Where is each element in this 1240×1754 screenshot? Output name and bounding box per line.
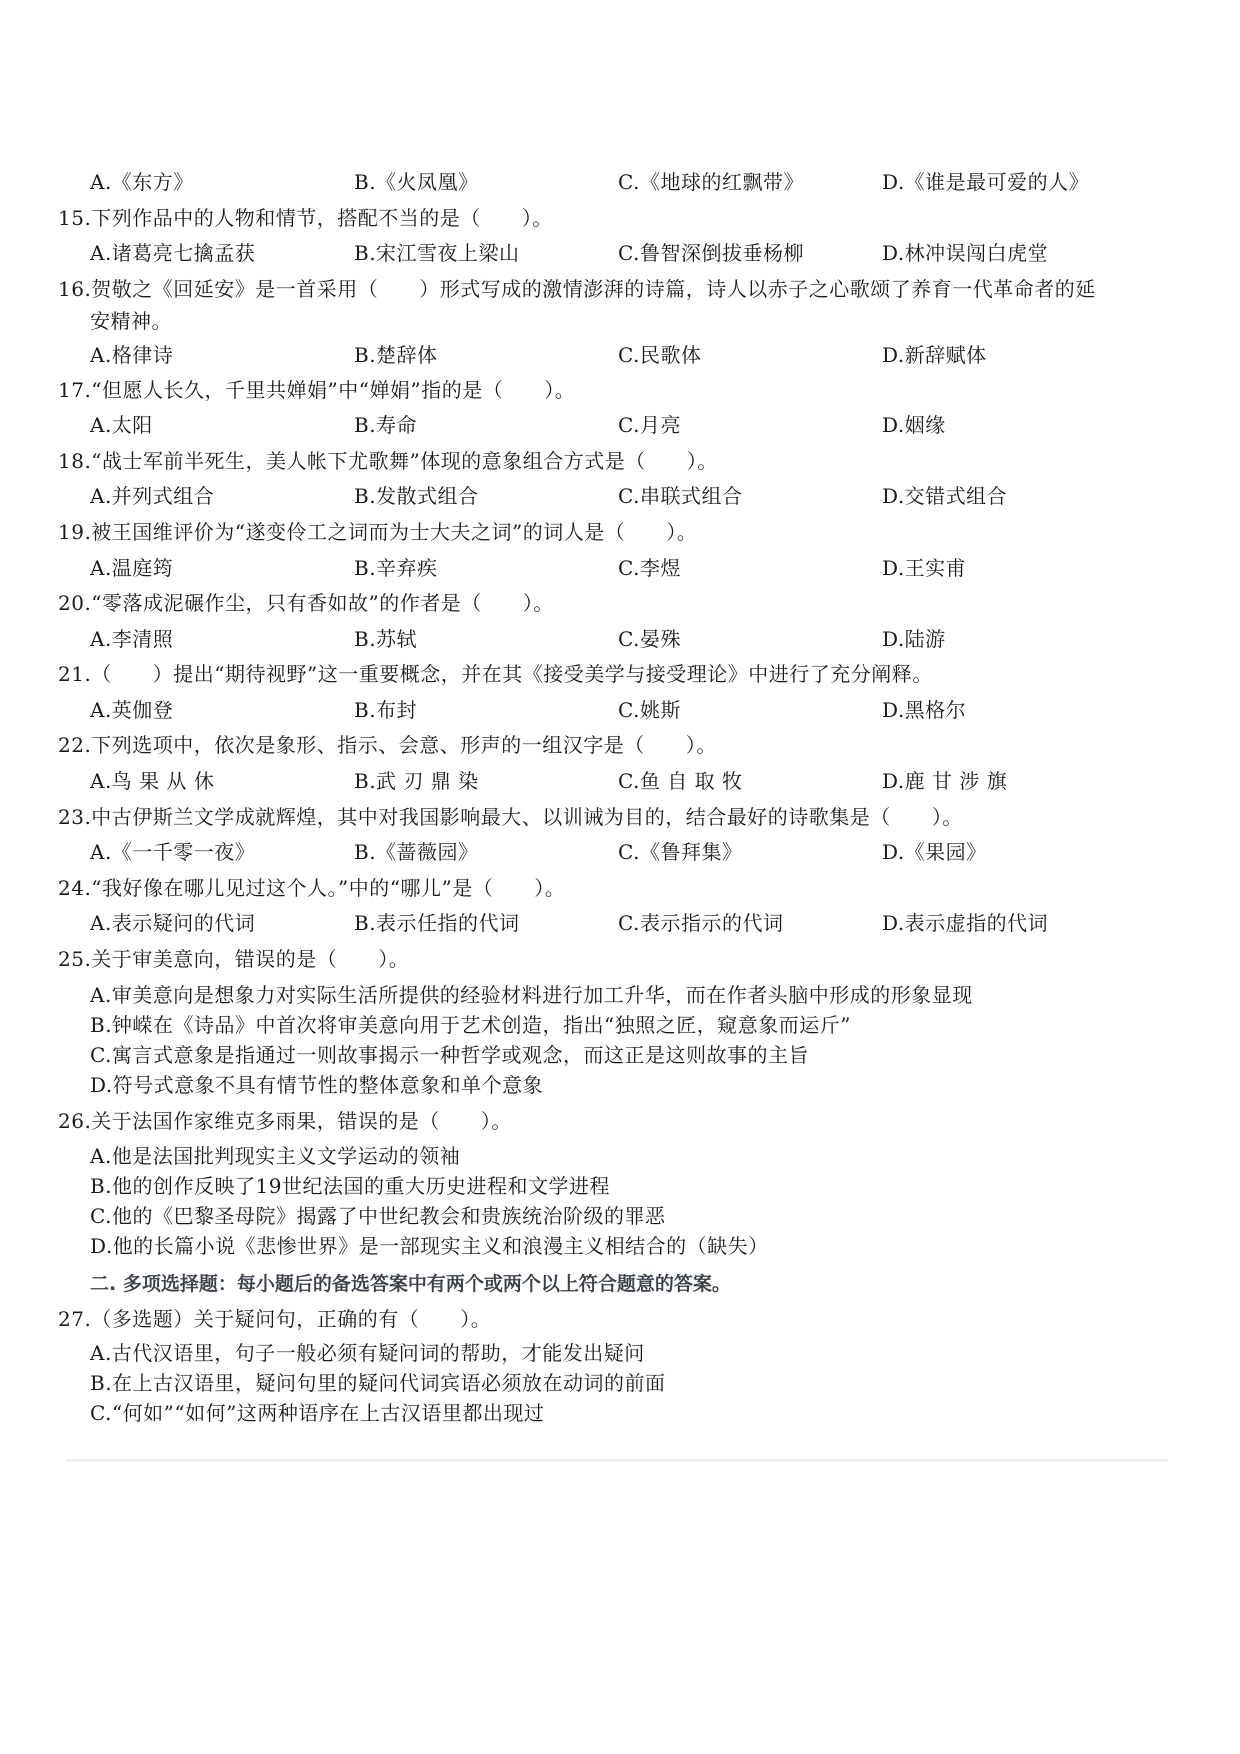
q20-stem: 20.“零落成泥碾作尘，只有香如故”的作者是（ ）。 — [58, 589, 554, 617]
q14-options: A.《东方》 B.《火凤凰》 C.《地球的红飘带》 D.《谁是最可爱的人》 — [90, 168, 1190, 196]
q27-stem: 27.（多选题）关于疑问句，正确的有（ ）。 — [58, 1305, 491, 1333]
q22-option-a[interactable]: A.鸟 果 从 休 — [90, 767, 214, 795]
q20-option-a[interactable]: A.李清照 — [90, 625, 173, 653]
q17-option-b[interactable]: B.寿命 — [354, 411, 417, 439]
q22-options: A.鸟 果 从 休 B.武 刃 鼎 染 C.鱼 自 取 牧 D.鹿 甘 涉 旗 — [90, 767, 1190, 795]
q16-option-d[interactable]: D.新辞赋体 — [882, 341, 987, 369]
q18-stem: 18.“战士军前半死生，美人帐下尤歌舞”体现的意象组合方式是（ ）。 — [58, 447, 718, 475]
q17-option-a[interactable]: A.太阳 — [90, 411, 153, 439]
q17-option-c[interactable]: C.月亮 — [618, 411, 681, 439]
q21-option-c[interactable]: C.姚斯 — [618, 696, 681, 724]
q23-stem: 23.中古伊斯兰文学成就辉煌，其中对我国影响最大、以训诫为目的，结合最好的诗歌集… — [58, 803, 963, 831]
q22-option-d[interactable]: D.鹿 甘 涉 旗 — [882, 767, 1007, 795]
exam-page: A.《东方》 B.《火凤凰》 C.《地球的红飘带》 D.《谁是最可爱的人》 15… — [0, 0, 1240, 1754]
q26-option-d[interactable]: D.他的长篇小说《悲惨世界》是一部现实主义和浪漫主义相结合的（缺失） — [90, 1232, 769, 1260]
q20-option-c[interactable]: C.晏殊 — [618, 625, 681, 653]
q16-stem-continued: 安精神。 — [90, 307, 172, 335]
q15-option-c[interactable]: C.鲁智深倒拔垂杨柳 — [618, 239, 804, 267]
q24-option-c[interactable]: C.表示指示的代词 — [618, 909, 783, 937]
q16-option-c[interactable]: C.民歌体 — [618, 341, 701, 369]
q17-options: A.太阳 B.寿命 C.月亮 D.姻缘 — [90, 411, 1190, 439]
q15-stem: 15.下列作品中的人物和情节，搭配不当的是（ ）。 — [58, 204, 553, 232]
q18-options: A.并列式组合 B.发散式组合 C.串联式组合 D.交错式组合 — [90, 482, 1190, 510]
q18-option-d[interactable]: D.交错式组合 — [882, 482, 1007, 510]
q21-option-d[interactable]: D.黑格尔 — [882, 696, 966, 724]
q26-stem: 26.关于法国作家维克多雨果，错误的是（ ）。 — [58, 1107, 512, 1135]
q20-option-d[interactable]: D.陆游 — [882, 625, 946, 653]
q19-stem: 19.被王国维评价为“遂变伶工之词而为士大夫之词”的词人是（ ）。 — [58, 518, 697, 546]
q25-option-b[interactable]: B.钟嵘在《诗品》中首次将审美意向用于艺术创造，指出“独照之匠，窥意象而运斤” — [90, 1011, 851, 1039]
q20-options: A.李清照 B.苏轼 C.晏殊 D.陆游 — [90, 625, 1190, 653]
q23-option-d[interactable]: D.《果园》 — [882, 838, 987, 866]
q22-stem: 22.下列选项中，依次是象形、指示、会意、形声的一组汉字是（ ）。 — [58, 731, 717, 759]
q17-option-d[interactable]: D.姻缘 — [882, 411, 946, 439]
q21-option-b[interactable]: B.布封 — [354, 696, 417, 724]
q23-option-a[interactable]: A.《一千零一夜》 — [90, 838, 255, 866]
q19-option-d[interactable]: D.王实甫 — [882, 554, 966, 582]
q24-options: A.表示疑问的代词 B.表示任指的代词 C.表示指示的代词 D.表示虚指的代词 — [90, 909, 1190, 937]
q23-option-c[interactable]: C.《鲁拜集》 — [618, 838, 742, 866]
q20-option-b[interactable]: B.苏轼 — [354, 625, 417, 653]
q15-option-d[interactable]: D.林冲误闯白虎堂 — [882, 239, 1048, 267]
q15-option-b[interactable]: B.宋江雪夜上梁山 — [354, 239, 520, 267]
q21-option-a[interactable]: A.英伽登 — [90, 696, 173, 724]
q27-option-c[interactable]: C.“何如”“如何”这两种语序在上古汉语里都出现过 — [90, 1399, 544, 1427]
q19-options: A.温庭筠 B.辛弃疾 C.李煜 D.王实甫 — [90, 554, 1190, 582]
q22-option-c[interactable]: C.鱼 自 取 牧 — [618, 767, 743, 795]
q23-option-b[interactable]: B.《蔷薇园》 — [354, 838, 479, 866]
q27-option-a[interactable]: A.古代汉语里，句子一般必须有疑问词的帮助，才能发出疑问 — [90, 1339, 645, 1367]
q14-option-b[interactable]: B.《火凤凰》 — [354, 168, 479, 196]
q19-option-a[interactable]: A.温庭筠 — [90, 554, 173, 582]
q24-option-b[interactable]: B.表示任指的代词 — [354, 909, 520, 937]
q17-stem: 17.“但愿人长久，千里共婵娟”中“婵娟”指的是（ ）。 — [58, 376, 575, 404]
q16-options: A.格律诗 B.楚辞体 C.民歌体 D.新辞赋体 — [90, 341, 1190, 369]
q19-option-b[interactable]: B.辛弃疾 — [354, 554, 438, 582]
q18-option-a[interactable]: A.并列式组合 — [90, 482, 214, 510]
q14-option-d[interactable]: D.《谁是最可爱的人》 — [882, 168, 1089, 196]
q26-option-c[interactable]: C.他的《巴黎圣母院》揭露了中世纪教会和贵族统治阶级的罪恶 — [90, 1202, 665, 1230]
q26-option-a[interactable]: A.他是法国批判现实主义文学运动的领袖 — [90, 1142, 460, 1170]
page-divider — [66, 1459, 1168, 1462]
q14-option-a[interactable]: A.《东方》 — [90, 168, 194, 196]
q25-stem: 25.关于审美意向，错误的是（ ）。 — [58, 945, 409, 973]
q22-option-b[interactable]: B.武 刃 鼎 染 — [354, 767, 479, 795]
q25-option-c[interactable]: C.寓言式意象是指通过一则故事揭示一种哲学或观念，而这正是这则故事的主旨 — [90, 1041, 809, 1069]
q18-option-c[interactable]: C.串联式组合 — [618, 482, 742, 510]
q16-option-a[interactable]: A.格律诗 — [90, 341, 173, 369]
q16-stem: 16.贺敬之《回延安》是一首采用（ ）形式写成的激情澎湃的诗篇，诗人以赤子之心歌… — [58, 275, 1096, 303]
q26-option-b[interactable]: B.他的创作反映了19世纪法国的重大历史进程和文学进程 — [90, 1172, 610, 1200]
q24-option-d[interactable]: D.表示虚指的代词 — [882, 909, 1048, 937]
q18-option-b[interactable]: B.发散式组合 — [354, 482, 479, 510]
q15-options: A.诸葛亮七擒孟获 B.宋江雪夜上梁山 C.鲁智深倒拔垂杨柳 D.林冲误闯白虎堂 — [90, 239, 1190, 267]
q15-option-a[interactable]: A.诸葛亮七擒孟获 — [90, 239, 255, 267]
q24-option-a[interactable]: A.表示疑问的代词 — [90, 909, 255, 937]
q14-option-c[interactable]: C.《地球的红飘带》 — [618, 168, 804, 196]
q21-options: A.英伽登 B.布封 C.姚斯 D.黑格尔 — [90, 696, 1190, 724]
q23-options: A.《一千零一夜》 B.《蔷薇园》 C.《鲁拜集》 D.《果园》 — [90, 838, 1190, 866]
q24-stem: 24.“我好像在哪儿见过这个人。”中的“哪儿”是（ ）。 — [58, 874, 565, 902]
section-header-multiple-choice: 二. 多项选择题：每小题后的备选答案中有两个或两个以上符合题意的答案。 — [90, 1270, 731, 1298]
q16-option-b[interactable]: B.楚辞体 — [354, 341, 438, 369]
q27-option-b[interactable]: B.在上古汉语里，疑问句里的疑问代词宾语必须放在动词的前面 — [90, 1369, 666, 1397]
q19-option-c[interactable]: C.李煜 — [618, 554, 681, 582]
q21-stem: 21.（ ）提出“期待视野”这一重要概念，并在其《接受美学与接受理论》中进行了充… — [58, 660, 933, 688]
q25-option-d[interactable]: D.符号式意象不具有情节性的整体意象和单个意象 — [90, 1071, 543, 1099]
q25-option-a[interactable]: A.审美意向是想象力对实际生活所提供的经验材料进行加工升华，而在作者头脑中形成的… — [90, 981, 973, 1009]
